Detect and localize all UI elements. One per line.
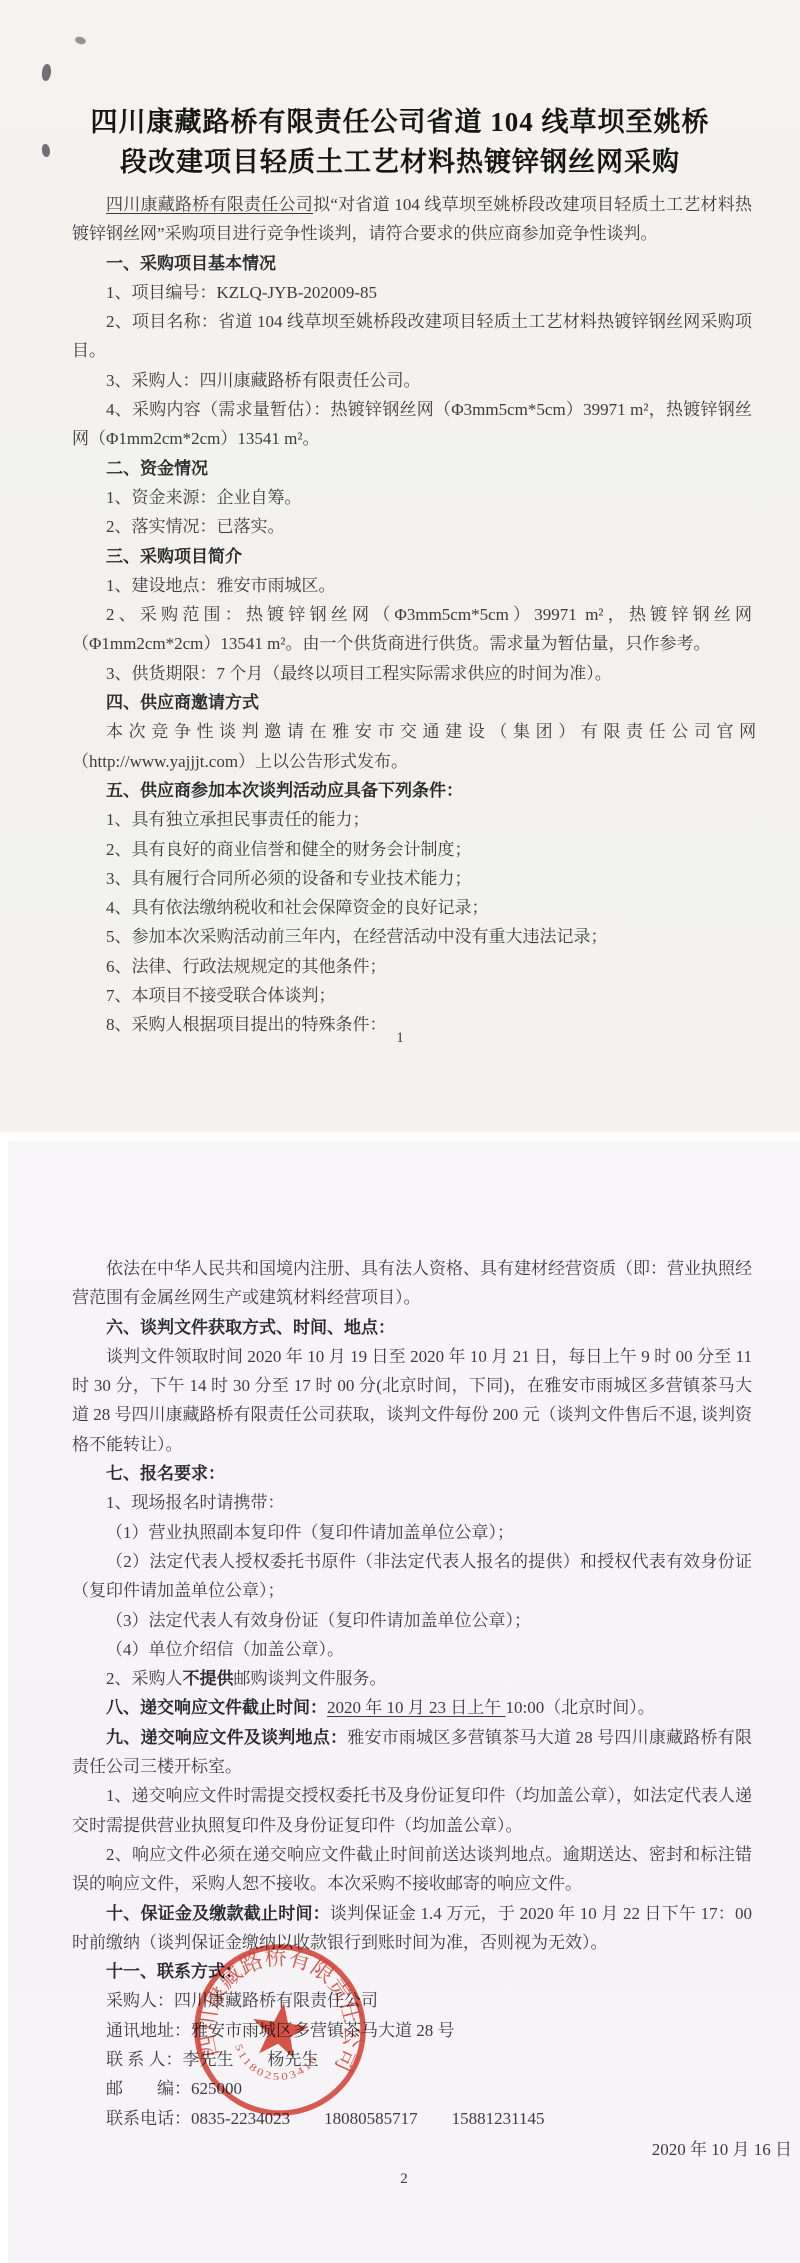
signup-item-2: （2）法定代表人授权委托书原件（非法定代表人报名的提供）和授权代表有效身份证（复… — [72, 1547, 752, 1606]
contact-phone: 联系电话：0835-2234023 18080585717 1588123114… — [72, 2104, 752, 2133]
condition-5: 5、参加本次采购活动前三年内，在经营活动中没有重大违法记录； — [72, 922, 752, 951]
title-line-1: 四川康藏路桥有限责任公司省道 104 线草坝至姚桥 — [91, 107, 710, 137]
contact-purchaser: 采购人：四川康藏路桥有限责任公司 — [72, 1986, 752, 2015]
invite-line-2: （http://www.yajjjt.com）上以公告形式发布。 — [72, 747, 752, 776]
invite-line-1: 本次竞争性谈判邀请在雅安市交通建设（集团）有限责任公司官网 — [72, 717, 752, 746]
condition-8-continued: 依法在中华人民共和国境内注册、具有法人资格、具有建材经营资质（即：营业执照经营范… — [72, 1254, 752, 1313]
condition-3: 3、具有履行合同所必须的设备和专业技术能力； — [72, 864, 752, 893]
section-1-heading: 一、采购项目基本情况 — [72, 249, 752, 278]
project-name: 2、项目名称：省道 104 线草坝至姚桥段改建项目轻质土工艺材料热镀锌钢丝网采购… — [72, 307, 752, 366]
purchase-scope: 2、采购范围：热镀锌钢丝网（Φ3mm5cm*5cm）39971 m²，热镀锌钢丝… — [72, 600, 752, 659]
page-2-body: 依法在中华人民共和国境内注册、具有法人资格、具有建材经营资质（即：营业执照经营范… — [8, 1141, 800, 2133]
section-9-heading: 九、递交响应文件及谈判地点：雅安市雨城区多营镇茶马大道 28 号四川康藏路桥有限… — [72, 1723, 752, 1782]
purchaser: 3、采购人：四川康藏路桥有限责任公司。 — [72, 366, 752, 395]
contact-postcode: 邮 编：625000 — [72, 2074, 752, 2103]
fund-status: 2、落实情况：已落实。 — [72, 512, 752, 541]
page-2: 依法在中华人民共和国境内注册、具有法人资格、具有建材经营资质（即：营业执照经营范… — [8, 1141, 800, 2263]
build-location: 1、建设地点：雅安市雨城区。 — [72, 571, 752, 600]
section-8-heading: 八、递交响应文件截止时间：2020 年 10 月 23 日上午 10:00（北京… — [72, 1693, 752, 1722]
document-date: 2020 年 10 月 16 日 — [8, 2135, 792, 2160]
section-5-heading: 五、供应商参加本次谈判活动应具备下列条件： — [72, 776, 752, 805]
section-2-heading: 二、资金情况 — [72, 454, 752, 483]
signup-item-3: （3）法定代表人有效身份证（复印件请加盖单位公章）； — [72, 1606, 752, 1635]
page-1: 四川康藏路桥有限责任公司省道 104 线草坝至姚桥 段改建项目轻质土工艺材料热镀… — [0, 0, 800, 1132]
contact-person: 联 系 人：李先生 杨先生 — [72, 2045, 752, 2074]
intro-paragraph: 四川康藏路桥有限责任公司拟“对省道 104 线草坝至姚桥段改建项目轻质土工艺材料… — [72, 190, 752, 249]
section-7-heading: 七、报名要求： — [72, 1459, 752, 1488]
condition-6: 6、法律、行政法规规定的其他条件； — [72, 952, 752, 981]
project-number: 1、项目编号：KZLQ-JYB-202009-85 — [72, 278, 752, 307]
no-mail-order: 2、采购人不提供邮购谈判文件服务。 — [72, 1664, 752, 1693]
contact-address: 通讯地址：雅安市雨城区多营镇茶马大道 28 号 — [72, 2016, 752, 2045]
scan-speck — [74, 36, 86, 45]
condition-4: 4、具有依法缴纳税收和社会保障资金的良好记录； — [72, 893, 752, 922]
page-number: 1 — [0, 1030, 800, 1047]
section-11-heading: 十一、联系方式： — [72, 1957, 752, 1986]
scan-speck — [41, 63, 52, 81]
submit-note-1: 1、递交响应文件时需提交授权委托书及身份证复印件（均加盖公章），如法定代表人递交… — [72, 1781, 752, 1840]
purchase-content: 4、采购内容（需求量暂估）：热镀锌钢丝网（Φ3mm5cm*5cm）39971 m… — [72, 395, 752, 454]
signup-item-1: （1）营业执照副本复印件（复印件请加盖单位公章）； — [72, 1518, 752, 1547]
supply-period: 3、供货期限：7 个月（最终以项目工程实际需求供应的时间为准）。 — [72, 659, 752, 688]
section-4-heading: 四、供应商邀请方式 — [72, 688, 752, 717]
document-pickup: 谈判文件领取时间 2020 年 10 月 19 日至 2020 年 10 月 2… — [72, 1342, 752, 1459]
title-line-2: 段改建项目轻质土工艺材料热镀锌钢丝网采购 — [120, 147, 680, 177]
section-10-heading: 十、保证金及缴款截止时间：谈判保证金 1.4 万元，于 2020 年 10 月 … — [72, 1899, 752, 1958]
page-title: 四川康藏路桥有限责任公司省道 104 线草坝至姚桥 段改建项目轻质土工艺材料热镀… — [40, 102, 760, 182]
page-1-body: 四川康藏路桥有限责任公司拟“对省道 104 线草坝至姚桥段改建项目轻质土工艺材料… — [0, 190, 800, 1040]
condition-2: 2、具有良好的商业信誉和健全的财务会计制度； — [72, 835, 752, 864]
condition-1: 1、具有独立承担民事责任的能力； — [72, 805, 752, 834]
signup-bring: 1、现场报名时请携带： — [72, 1488, 752, 1517]
section-3-heading: 三、采购项目简介 — [72, 542, 752, 571]
section-6-heading: 六、谈判文件获取方式、时间、地点： — [72, 1313, 752, 1342]
submit-note-2: 2、响应文件必须在递交响应文件截止时间前送达谈判地点。逾期送达、密封和标注错误的… — [72, 1840, 752, 1899]
page-number: 2 — [8, 2171, 800, 2188]
fund-source: 1、资金来源：企业自筹。 — [72, 483, 752, 512]
condition-7: 7、本项目不接受联合体谈判； — [72, 981, 752, 1010]
signup-item-4: （4）单位介绍信（加盖公章）。 — [72, 1635, 752, 1664]
